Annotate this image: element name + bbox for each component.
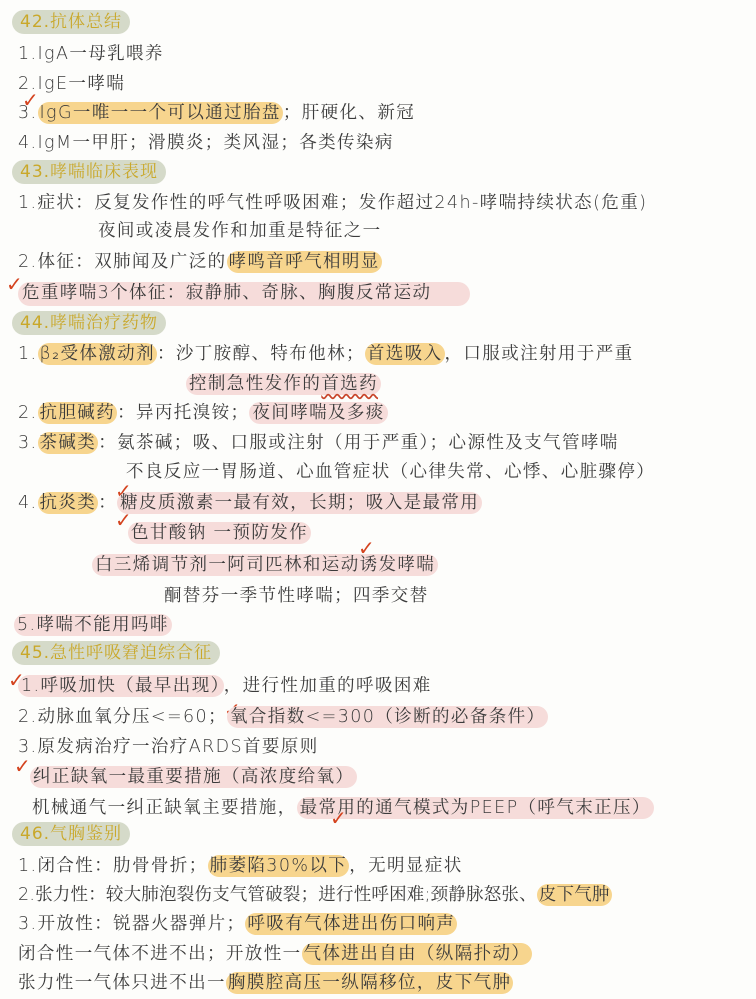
note-line: 纠正缺氧一最重要措施（高浓度给氧） bbox=[30, 764, 357, 790]
note-line: 闭合性一气体不进不出；开放性一气体进出自由（纵隔扑动） bbox=[18, 941, 532, 967]
item-number: 1. bbox=[18, 344, 38, 364]
note-line: 4.抗炎类：糖皮质激素一最有效，长期；吸入是最常用 bbox=[18, 490, 482, 516]
note-line: 危重哮喘3个体征：寂静肺、奇脉、胸腹反常运动 bbox=[22, 280, 431, 306]
highlight-pink: 纠正缺氧一最重要措施（高浓度给氧） bbox=[30, 766, 357, 788]
heading-43: 43.哮喘临床表现 bbox=[12, 160, 166, 184]
note-text: ：沙丁胺醇、特布他林； bbox=[157, 344, 365, 364]
note-line: 5.哮喘不能用吗啡 bbox=[14, 612, 172, 638]
highlight-pink: 白三烯调节剂一阿司匹林和运动诱发哮喘 bbox=[92, 554, 438, 576]
note-text: 2.动脉血氧分压<=60； bbox=[18, 707, 227, 727]
note-line: 不良反应一胃肠道、心血管症状（心律失常、心悸、心脏骤停） bbox=[126, 459, 655, 485]
highlight-yellow: 抗胆碱药 bbox=[38, 402, 118, 424]
note-text: ，无明显症状 bbox=[349, 856, 462, 876]
note-line: 2.张力性：较大肺泡裂伤支气管破裂；进行性呼困难;颈静脉怒张、皮下气肿 bbox=[18, 882, 612, 908]
note-line: 夜间或凌晨发作和加重是特征之一 bbox=[98, 218, 382, 244]
check-mark-icon: ✓ bbox=[330, 808, 347, 828]
note-line: 1.症状：反复发作性的呼气性呼吸困难；发作超过24h-哮喘持续状态(危重) bbox=[18, 190, 647, 216]
highlight-pink: 糖皮质激素一最有效，长期；吸入是最常用 bbox=[117, 492, 482, 514]
note-text: ，进行性加重的呼吸困难 bbox=[224, 676, 432, 696]
note-text: ：氨茶碱；吸、口服或注射（用于严重）；心源性及支气管哮喘 bbox=[98, 433, 618, 453]
note-line: 控制急性发作的首选药 bbox=[186, 371, 381, 397]
note-line: 3.开放性：锐器火器弹片；呼吸有气体进出伤口响声 bbox=[18, 911, 457, 937]
item-number: 2. bbox=[18, 403, 38, 423]
note-text: 2.张力性：较大肺泡裂伤支气管破裂；进行性呼困难;颈静脉怒张、 bbox=[18, 885, 537, 905]
note-text: ：异丙托溴铵； bbox=[117, 403, 249, 423]
note-text: 3.开放性：锐器火器弹片； bbox=[18, 914, 245, 934]
item-number: 3. bbox=[18, 433, 38, 453]
note-text: 2.体征：双肺闻及广泛的 bbox=[18, 252, 227, 272]
note-line: 3.原发病治疗一治疗ARDS首要原则 bbox=[18, 734, 319, 760]
note-line: 白三烯调节剂一阿司匹林和运动诱发哮喘 bbox=[92, 552, 438, 578]
note-line: 2.动脉血氧分压<=60；氧合指数<=300（诊断的必备条件） bbox=[18, 704, 548, 730]
note-line: 2.抗胆碱药：异丙托溴铵；夜间哮喘及多痰 bbox=[18, 400, 388, 426]
note-line: 2.体征：双肺闻及广泛的哮鸣音呼气相明显 bbox=[18, 249, 382, 275]
highlight-yellow: 抗炎类 bbox=[38, 492, 99, 514]
note-line: 色甘酸钠 一预防发作 bbox=[128, 520, 311, 546]
heading-46: 46.气胸鉴别 bbox=[12, 822, 130, 846]
note-line: 4.IgM一甲肝；滑膜炎；类风湿；各类传染病 bbox=[18, 130, 394, 156]
heading-42: 42.抗体总结 bbox=[12, 10, 130, 34]
item-number: 3. bbox=[18, 103, 38, 123]
note-line: 酮替芬一季节性哮喘；四季交替 bbox=[164, 583, 429, 609]
item-number: 4. bbox=[18, 493, 38, 513]
highlight-yellow: 皮下气肿 bbox=[537, 884, 612, 906]
note-text: 1.闭合性：肋骨骨折； bbox=[18, 856, 208, 876]
highlight-pink: 5.哮喘不能用吗啡 bbox=[14, 614, 172, 636]
note-line: 张力性一气体只进不出一胸膜腔高压一纵隔移位，皮下气肿 bbox=[18, 970, 513, 996]
note-line: 1.IgA一母乳喂养 bbox=[18, 41, 164, 67]
highlight-yellow: 呼吸有气体进出伤口响声 bbox=[245, 913, 457, 935]
note-line: 3.茶碱类：氨茶碱；吸、口服或注射（用于严重）；心源性及支气管哮喘 bbox=[18, 430, 619, 456]
highlight-yellow: 肺萎陷30%以下 bbox=[208, 855, 350, 877]
highlight-yellow: 气体进出自由（纵隔扑动） bbox=[302, 943, 533, 965]
note-line: 1.闭合性：肋骨骨折；肺萎陷30%以下，无明显症状 bbox=[18, 853, 463, 879]
highlight-yellow: 哮鸣音呼气相明显 bbox=[227, 251, 382, 273]
note-line: 3.IgG一唯一一个可以通过胎盘；肝硬化、新冠 bbox=[18, 100, 415, 126]
highlight-yellow: 首选吸入 bbox=[365, 343, 445, 365]
heading-44: 44.哮喘治疗药物 bbox=[12, 311, 166, 335]
highlight-pink: 氧合指数<=300（诊断的必备条件） bbox=[227, 706, 548, 728]
highlight-yellow: 茶碱类 bbox=[38, 432, 99, 454]
highlight-pink: 最常用的通气模式为PEEP（呼气末正压） bbox=[297, 797, 654, 819]
note-text: 机械通气一纠正缺氧主要措施， bbox=[32, 798, 297, 818]
note-text: 闭合性一气体不进不出；开放性一 bbox=[18, 944, 302, 964]
note-text: ；肝硬化、新冠 bbox=[283, 103, 415, 123]
highlight-pink: 1.呼吸加快（最早出现） bbox=[18, 675, 224, 697]
highlight-yellow: IgG一唯一一个可以通过胎盘 bbox=[38, 102, 283, 124]
highlight-yellow: β₂受体激动剂 bbox=[38, 343, 157, 365]
check-mark-icon: ✓ bbox=[14, 756, 31, 776]
note-line: 1.呼吸加快（最早出现），进行性加重的呼吸困难 bbox=[18, 673, 432, 699]
heading-45: 45.急性呼吸窘迫综合征 bbox=[12, 641, 220, 665]
note-line: 1.β₂受体激动剂：沙丁胺醇、特布他林；首选吸入，口服或注射用于严重 bbox=[18, 341, 634, 367]
highlight-yellow: 胸膜腔高压一纵隔移位，皮下气肿 bbox=[226, 972, 514, 994]
note-text: 张力性一气体只进不出一 bbox=[18, 973, 226, 993]
check-mark-icon: ✓ bbox=[6, 274, 23, 294]
highlight-pink: 夜间哮喘及多痰 bbox=[249, 402, 387, 424]
highlight-pink: 色甘酸钠 一预防发作 bbox=[128, 522, 311, 544]
highlight-pink: 控制急性发作的首选药 bbox=[186, 373, 381, 395]
note-text: 控制急性发作的 bbox=[189, 374, 321, 394]
underlined-text: 首选药 bbox=[321, 374, 378, 394]
note-text: ，口服或注射用于严重 bbox=[445, 344, 634, 364]
